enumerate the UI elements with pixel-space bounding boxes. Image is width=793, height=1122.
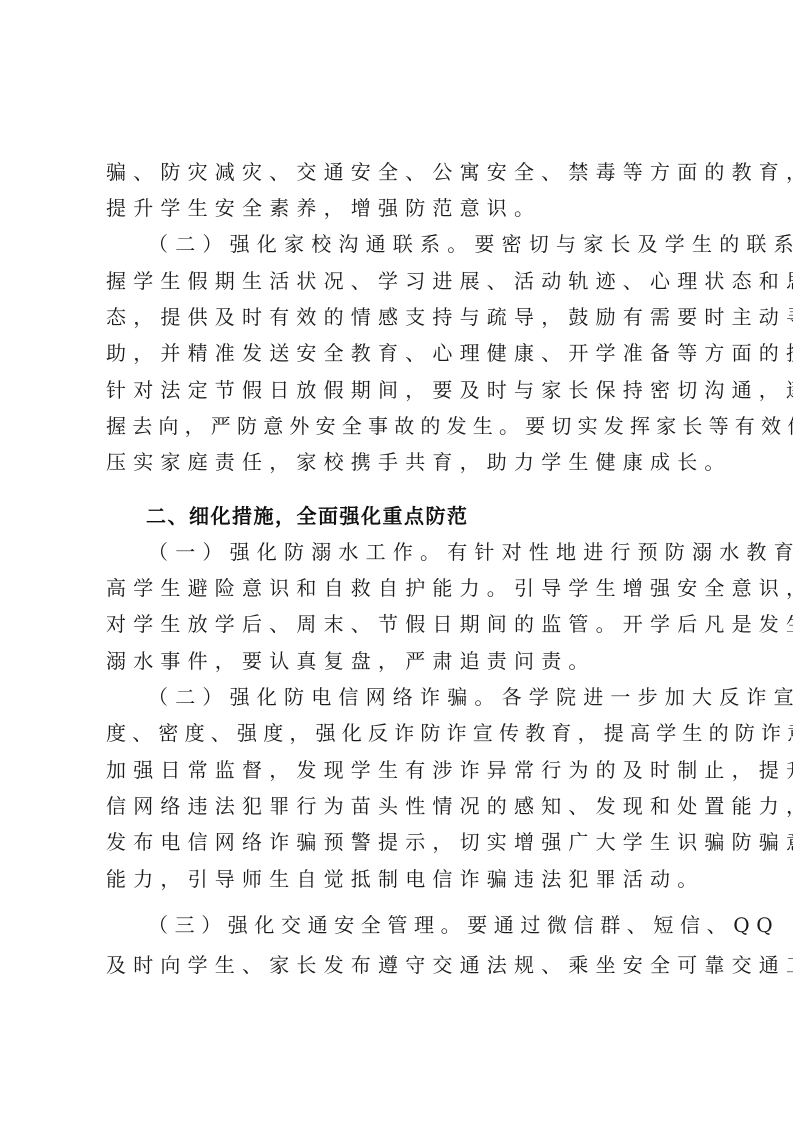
body-line: 及时向学生、家长发布遵守交通法规、乘坐安全可靠交通工具等 [106, 953, 696, 977]
body-line: 溺水事件，要认真复盘，严肃追责问责。 [106, 649, 696, 673]
body-line: 态，提供及时有效的情感支持与疏导，鼓励有需要时主动寻求帮 [106, 305, 696, 329]
body-line: 能力，引导师生自觉抵制电信诈骗违法犯罪活动。 [106, 867, 696, 891]
body-line: 握学生假期生活状况、学习进展、活动轨迹、心理状态和思想动 [106, 269, 696, 293]
body-line: 加强日常监督，发现学生有涉诈异常行为的及时制止，提升对电 [106, 758, 696, 782]
body-line: 度、密度、强度，强化反诈防诈宣传教育，提高学生的防诈意识， [106, 721, 696, 745]
body-line: 助，并精准发送安全教育、心理健康、开学准备等方面的提示。 [106, 341, 696, 365]
paragraph-start-line: （二）强化防电信网络诈骗。各学院进一步加大反诈宣传力 [148, 685, 738, 709]
paragraph-start-line: （二）强化家校沟通联系。要密切与家长及学生的联系，掌 [148, 232, 738, 256]
document-page: 骗、防灾减灾、交通安全、公寓安全、禁毒等方面的教育，切实 提升学生安全素养，增强… [0, 0, 793, 1122]
body-line: 握去向，严防意外安全事故的发生。要切实发挥家长等有效作用， [106, 414, 696, 438]
body-line: 信网络违法犯罪行为苗头性情况的感知、发现和处置能力，定期 [106, 794, 696, 818]
body-line: 发布电信网络诈骗预警提示，切实增强广大学生识骗防骗意识和 [106, 830, 696, 854]
body-line: 对学生放学后、周末、节假日期间的监管。开学后凡是发生学生 [106, 612, 696, 636]
body-line: 压实家庭责任，家校携手共育，助力学生健康成长。 [106, 450, 696, 474]
paragraph-start-line: （三）强化交通安全管理。要通过微信群、短信、QQ 等方式 [148, 913, 738, 937]
body-line: 骗、防灾减灾、交通安全、公寓安全、禁毒等方面的教育，切实 [106, 160, 696, 184]
body-line: 提升学生安全素养，增强防范意识。 [106, 196, 696, 220]
section-heading: 二、细化措施，全面强化重点防范 [146, 504, 469, 528]
body-line: 高学生避险意识和自救自护能力。引导学生增强安全意识，加强 [106, 576, 696, 600]
paragraph-start-line: （一）强化防溺水工作。有针对性地进行预防溺水教育，提 [148, 540, 738, 564]
body-line: 针对法定节假日放假期间，要及时与家长保持密切沟通，逐一掌 [106, 378, 696, 402]
